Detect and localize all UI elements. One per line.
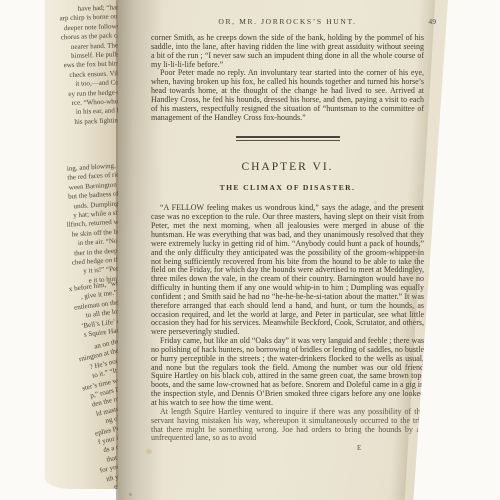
paragraph: Poor Peter made no reply. An involuntary… [151,69,424,122]
paragraph: At length Squire Hartley ventured to inq… [151,408,424,443]
left-page-edge: have had; “hark!”arp chirp is borne on t… [44,0,130,489]
paragraph: Friday came, but like an old “Oaks day” … [151,337,424,408]
book-page-photo: have had; “hark!”arp chirp is borne on t… [0,0,500,500]
text-block: OR, MR. JORROCKS’S HUNT. 49 corner Smith… [151,0,424,453]
paragraph: “A FELLOW feeling makes us wondrous kind… [151,204,424,337]
double-rule-divider [236,136,340,141]
running-head-title: OR, MR. JORROCKS’S HUNT. [218,17,356,26]
running-head: OR, MR. JORROCKS’S HUNT. 49 [151,17,424,26]
chapter-subtitle: THE CLIMAX OF DISASTER. [151,183,424,192]
printer-signature-mark: E [151,444,424,453]
right-page: OR, MR. JORROCKS’S HUNT. 49 corner Smith… [118,0,448,500]
paragraph-continuation: corner Smith, as he creeps down the side… [151,34,424,69]
chapter-title: CHAPTER VI. [151,161,424,173]
